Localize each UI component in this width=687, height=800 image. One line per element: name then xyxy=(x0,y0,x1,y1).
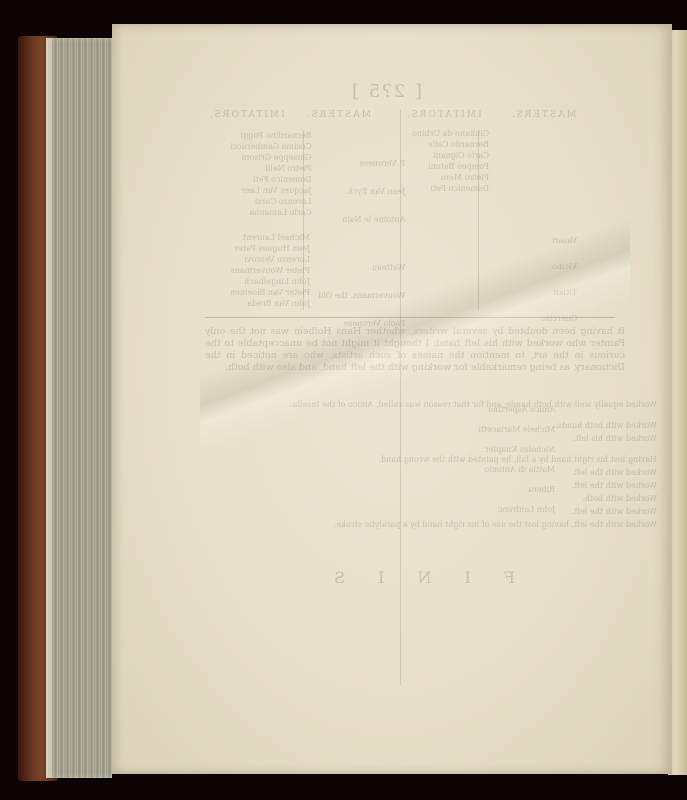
show-through-paragraph: It having been doubted by several writer… xyxy=(205,326,625,374)
show-through-list-left-masters: P. Veronese Jean Van Eyck Antoine le Nai… xyxy=(318,150,405,338)
show-through-col-head-4: MASTERS. xyxy=(510,110,576,121)
page-block-fore-edge xyxy=(46,38,112,778)
show-through-list-left-upper: Bernardino Poggi Cosimo Gamberucci Giuse… xyxy=(230,130,312,218)
show-through-names-right: Amico Aspertino Michele Mariacetti Nicho… xyxy=(478,400,555,520)
show-through-horizontal-rule xyxy=(205,317,615,318)
show-through-col-head-1: IMITATORS. xyxy=(208,110,285,121)
show-through-finis: F I N I S xyxy=(320,572,515,583)
show-through-notes-left: Worked equally well with both hands; and… xyxy=(290,398,657,531)
show-through-col-head-2: MASTERS. xyxy=(305,110,371,121)
show-through-col-head-3: IMITATORS. xyxy=(405,110,482,121)
show-through-list-right-imitators: Giuliano da Urbino Bernardo Celle Carlo … xyxy=(412,128,489,194)
show-through-list-left-lower: Michael Laurent Jean Hugues Pater Lorenz… xyxy=(230,232,310,309)
show-through-page-header: [ 2?5 ] xyxy=(350,86,422,97)
